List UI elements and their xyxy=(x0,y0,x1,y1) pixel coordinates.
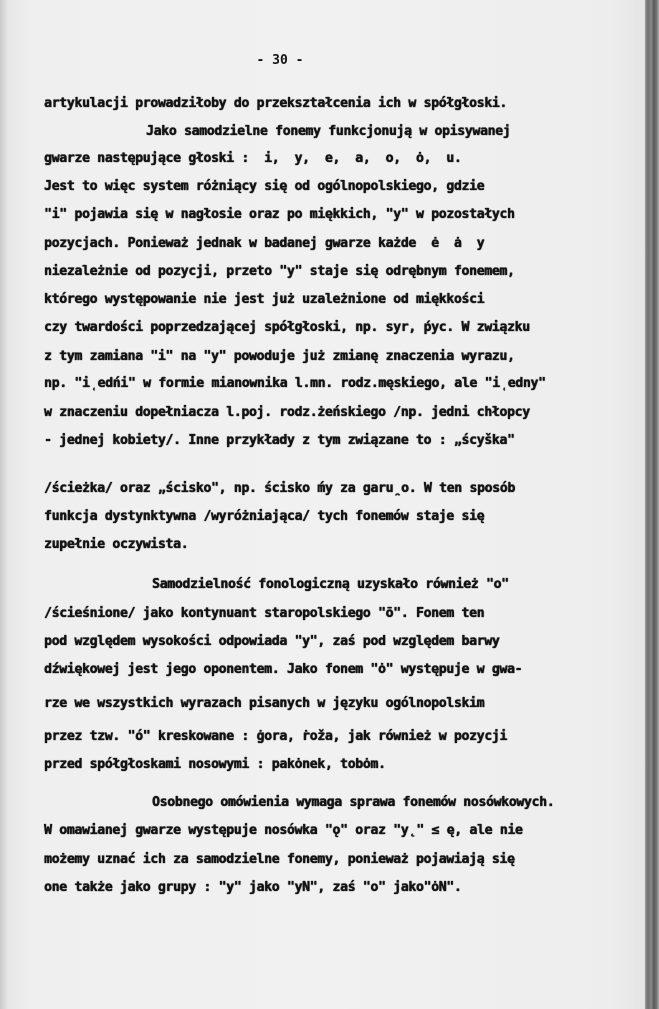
text-line: funkcja dystynktywna /wyróżniająca/ tych… xyxy=(44,509,484,525)
text-line: - jednej kobiety/. Inne przykłady z tym … xyxy=(44,433,515,449)
page-edge-shadow xyxy=(645,0,659,1009)
text-line: Jako samodzielne fonemy funkcjonują w op… xyxy=(146,124,510,140)
text-line: dźwiękowej jest jego oponentem. Jako fon… xyxy=(44,662,522,678)
text-line: one także jako grupy : "y" jako "yN", za… xyxy=(44,880,461,896)
text-line: zupełnie oczywista. xyxy=(44,537,188,553)
text-line: przez tzw. "ó" kreskowane : ġora, ṙoža, … xyxy=(44,729,507,745)
text-line: "i" pojawia się w nagłosie oraz po miękk… xyxy=(44,207,515,223)
text-line: /ścieśnione/ jako kontynuant staropolski… xyxy=(44,606,484,622)
text-line: którego występowanie nie jest już uzależ… xyxy=(44,292,484,308)
text-line: niezależnie od pozycji, przeto "y" staje… xyxy=(44,264,515,280)
text-line: np. "i̜edńi" w formie mianownika l.mn. r… xyxy=(44,376,546,392)
page-number: - 30 - xyxy=(0,53,560,68)
text-line: z tym zamiana "i" na "y" powoduje już zm… xyxy=(44,349,515,365)
text-line: przed spółgłoskami nosowymi : pakȯnek, t… xyxy=(44,757,386,773)
text-line: rze we wszystkich wyrazach pisanych w ję… xyxy=(44,696,484,712)
text-line: /ścieżka/ oraz „ścisko", np. ścisko ḿy z… xyxy=(44,481,515,497)
text-line: pozycjach. Ponieważ jednak w badanej gwa… xyxy=(44,236,484,252)
text-line: czy twardości poprzedzającej spółgłoski,… xyxy=(44,320,530,336)
text-line: gwarze następujące głoski : i, y, e, a, … xyxy=(44,151,461,167)
text-line: możemy uznać ich za samodzielne fonemy, … xyxy=(44,852,515,868)
scanned-page: - 30 - artykulacji prowadziłoby do przek… xyxy=(0,0,645,1009)
text-line: W omawianej gwarze występuje nosówka "ǫ"… xyxy=(44,823,523,839)
text-line: Jest to więc system różniący się od ogól… xyxy=(44,179,484,195)
text-line: Samodzielność fonologiczną uzyskało równ… xyxy=(152,577,509,593)
text-line: Osobnego omówienia wymaga sprawa fonemów… xyxy=(152,795,554,811)
text-line: pod względem wysokości odpowiada "y", za… xyxy=(44,634,499,650)
text-line: artykulacji prowadziłoby do przekształce… xyxy=(44,96,507,112)
text-line: w znaczeniu dopełniacza l.poj. rodz.żeńs… xyxy=(44,405,530,421)
